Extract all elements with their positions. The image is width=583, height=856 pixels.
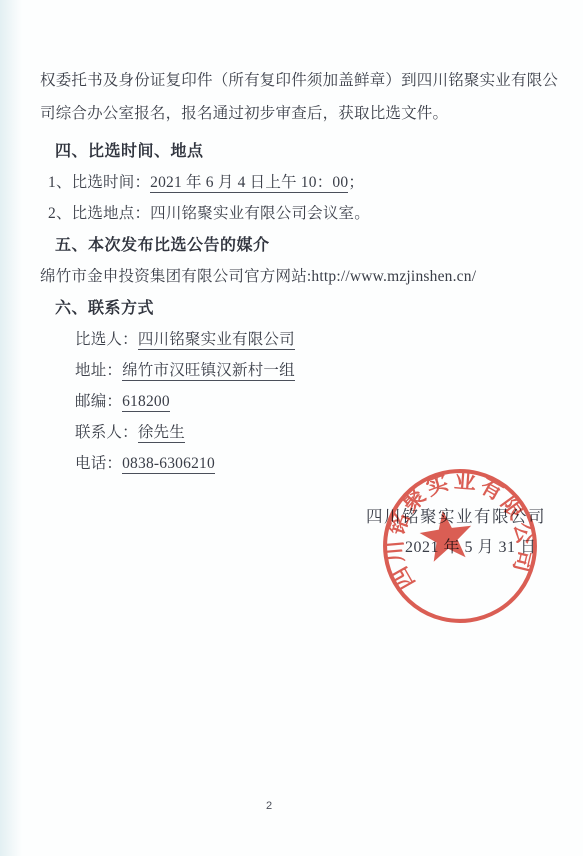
seal-star-icon	[417, 507, 475, 563]
contact-address-line: 地址：绵竹市汉旺镇汉新村一组	[75, 361, 546, 381]
bid-time-suffix: ；	[348, 174, 364, 191]
section-6-heading: 六、联系方式	[55, 299, 546, 319]
contact-address-label: 地址：	[75, 362, 122, 379]
contact-bidder-line: 比选人：四川铭聚实业有限公司	[75, 330, 546, 350]
bid-location-label: 2、比选地点：	[48, 205, 150, 222]
page-number: 2	[266, 800, 272, 812]
document-body: 权委托书及身份证复印件（所有复印件须加盖鲜章）到四川铭聚实业有限公 司综合办公室…	[40, 64, 546, 474]
bid-time-line: 1、比选时间：2021 年 6 月 4 日上午 10：00；	[48, 173, 546, 193]
contact-person-value: 徐先生	[138, 424, 185, 443]
section-5-heading: 五、本次发布比选公告的媒介	[55, 236, 546, 256]
seal-company-name: 四川铭聚实业有限公司	[373, 459, 542, 595]
contact-postcode-label: 邮编：	[75, 393, 122, 410]
bid-time-value: 2021 年 6 月 4 日上午 10：00	[150, 174, 348, 193]
bid-time-label: 1、比选时间：	[48, 174, 150, 191]
intro-paragraph-line-2: 司综合办公室报名，报名通过初步审查后，获取比选文件。	[40, 97, 546, 130]
company-seal-stamp: 四川铭聚实业有限公司 5100015041670	[369, 455, 552, 638]
svg-text:四川铭聚实业有限公司: 四川铭聚实业有限公司	[373, 459, 542, 595]
contact-postcode-value: 618200	[122, 393, 170, 412]
bid-location-line: 2、比选地点：四川铭聚实业有限公司会议室。	[48, 204, 546, 224]
contact-person-label: 联系人：	[75, 424, 138, 441]
document-page: 权委托书及身份证复印件（所有复印件须加盖鲜章）到四川铭聚实业有限公 司综合办公室…	[0, 0, 583, 856]
bid-location-value: 四川铭聚实业有限公司会议室。	[150, 205, 370, 222]
contact-phone-label: 电话：	[75, 455, 122, 472]
contact-address-value: 绵竹市汉旺镇汉新村一组	[122, 362, 295, 381]
contact-bidder-label: 比选人：	[75, 331, 138, 348]
intro-paragraph-line-1: 权委托书及身份证复印件（所有复印件须加盖鲜章）到四川铭聚实业有限公	[40, 64, 546, 97]
section-4-heading: 四、比选时间、地点	[55, 142, 546, 162]
contact-phone-value: 0838-6306210	[122, 455, 215, 474]
media-website-line: 绵竹市金申投资集团有限公司官方网站:http://www.mzjinshen.c…	[40, 267, 546, 287]
contact-bidder-value: 四川铭聚实业有限公司	[138, 331, 295, 350]
contact-postcode-line: 邮编：618200	[75, 392, 546, 412]
contact-person-line: 联系人：徐先生	[75, 423, 546, 443]
